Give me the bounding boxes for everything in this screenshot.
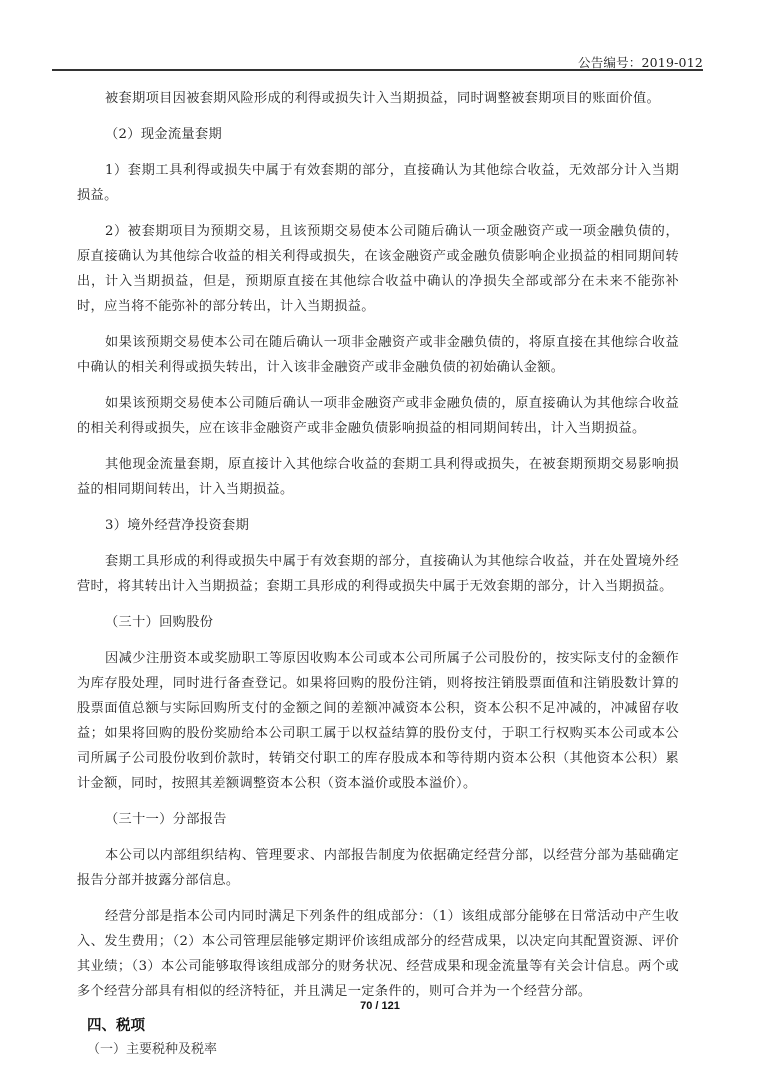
page-header: 公告编号：2019-012 xyxy=(52,0,703,72)
paragraph-cash-flow-hedge-1: 1）套期工具利得或损失中属于有效套期的部分，直接确认为其他综合收益，无效部分计入… xyxy=(77,158,679,208)
subheading-cash-flow-hedge: （2）现金流量套期 xyxy=(77,122,679,147)
paragraph-cash-flow-hedge-2: 2）被套期项目为预期交易，且该预期交易使本公司随后确认一项金融资产或一项金融负债… xyxy=(77,219,679,319)
subheading-net-investment-hedge: 3）境外经营净投资套期 xyxy=(77,513,679,538)
paragraph-fair-value-hedge-adjustment: 被套期项目因被套期风险形成的利得或损失计入当期损益，同时调整被套期项目的账面价值… xyxy=(77,86,679,111)
paragraph-segment-conditions: 经营分部是指本公司内同时满足下列条件的组成部分：（1）该组成部分能够在日常活动中… xyxy=(77,904,679,1004)
paragraph-segment-basis: 本公司以内部组织结构、管理要求、内部报告制度为依据确定经营分部，以经营分部为基础… xyxy=(77,843,679,893)
section-title-taxes: 四、税项 xyxy=(77,1015,679,1037)
paragraph-other-cash-flow-hedge: 其他现金流量套期，原直接计入其他综合收益的套期工具利得或损失，在被套期预期交易影… xyxy=(77,452,679,502)
subheading-segment-reporting: （三十一）分部报告 xyxy=(77,807,679,832)
paragraph-non-financial-asset-transfer: 如果该预期交易使本公司随后确认一项非金融资产或非金融负债的，原直接确认为其他综合… xyxy=(77,391,679,441)
subheading-share-repurchase: （三十）回购股份 xyxy=(77,610,679,635)
subsection-main-taxes: （一）主要税种及税率 xyxy=(77,1039,679,1061)
paragraph-net-investment-hedge: 套期工具形成的利得或损失中属于有效套期的部分，直接确认为其他综合收益，并在处置境… xyxy=(77,549,679,599)
document-body: 被套期项目因被套期风险形成的利得或损失计入当期损益，同时调整被套期项目的账面价值… xyxy=(77,86,679,1061)
page-number: 70 / 121 xyxy=(0,1000,760,1012)
header-divider xyxy=(52,69,703,71)
paragraph-share-repurchase: 因减少注册资本或奖励职工等原因收购本公司或本公司所属子公司股份的，按实际支付的金… xyxy=(77,646,679,796)
paragraph-non-financial-asset-initial: 如果该预期交易使本公司在随后确认一项非金融资产或非金融负债的，将原直接在其他综合… xyxy=(77,330,679,380)
